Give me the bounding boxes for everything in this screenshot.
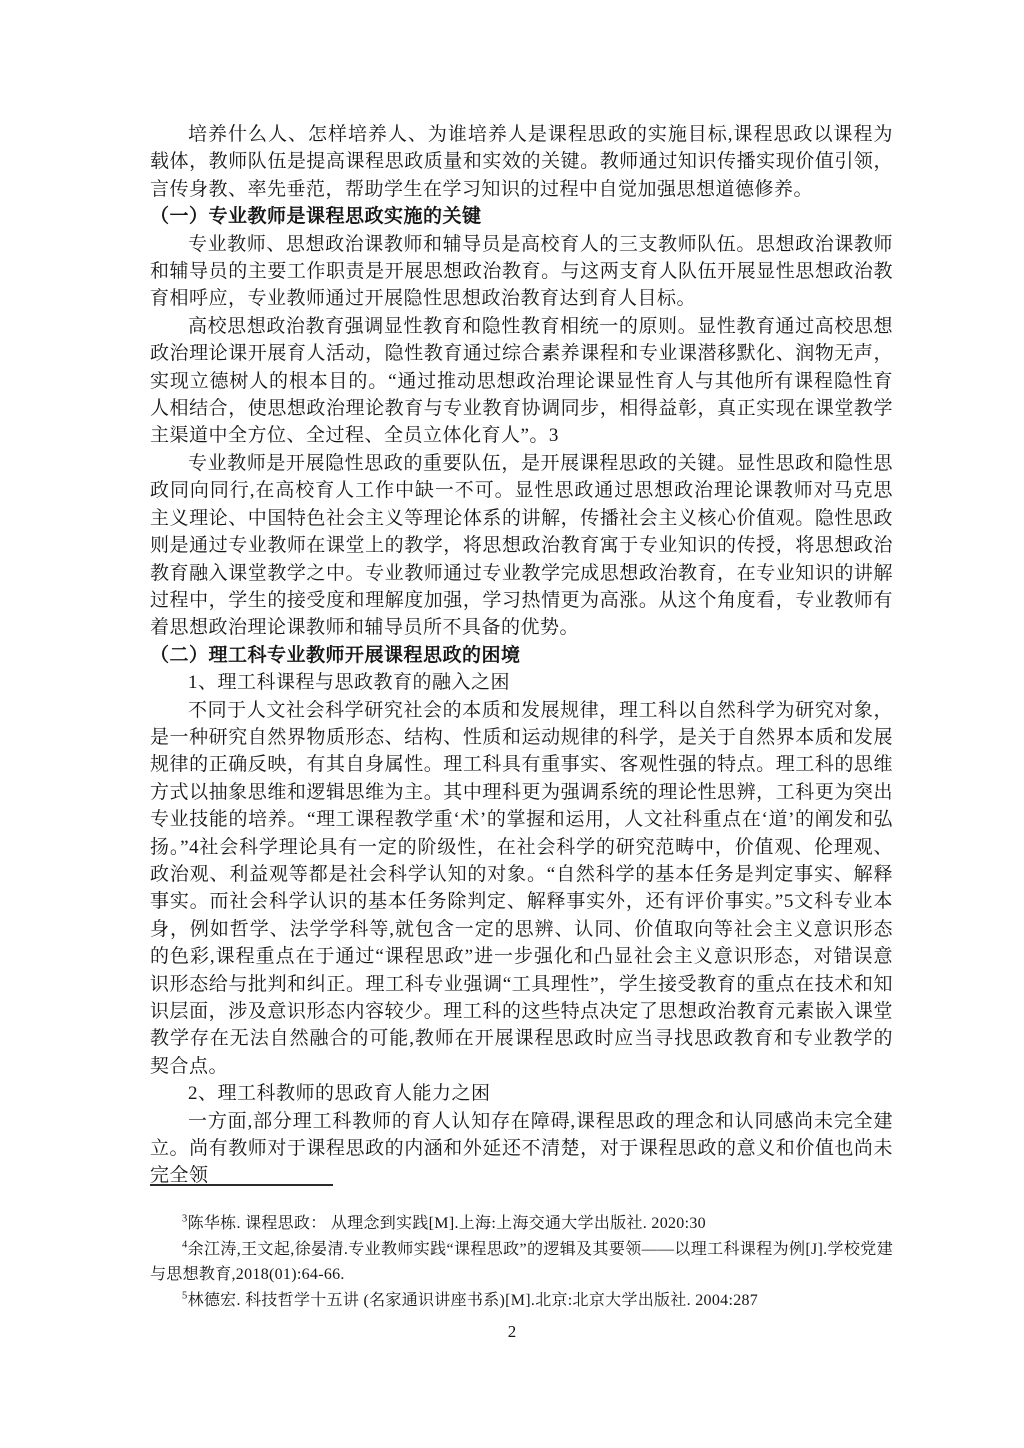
section-heading: （一）专业教师是课程思政实施的关键: [150, 203, 893, 230]
footnote-marker: 5: [182, 1290, 188, 1301]
section-heading: （二）理工科专业教师开展课程思政的困境: [150, 642, 893, 669]
paragraph: 培养什么人、怎样培养人、为谁培养人是课程思政的实施目标,课程思政以课程为载体，教…: [150, 121, 893, 203]
document-body: 培养什么人、怎样培养人、为谁培养人是课程思政的实施目标,课程思政以课程为载体，教…: [150, 121, 893, 1190]
footnote-marker: 3: [182, 1214, 188, 1225]
footnote: 5林德宏. 科技哲学十五讲 (名家通识讲座书系)[M].北京:北京大学出版社. …: [150, 1288, 893, 1314]
document-page: 培养什么人、怎样培养人、为谁培养人是课程思政的实施目标,课程思政以课程为载体，教…: [0, 0, 1024, 1448]
paragraph: 高校思想政治教育强调显性教育和隐性教育相统一的原则。显性教育通过高校思想政治理论…: [150, 313, 893, 450]
footnote: 4余江涛,王文起,徐晏清.专业教师实践“课程思政”的逻辑及其要领——以理工科课程…: [150, 1237, 893, 1288]
footnote-list: 3陈华栋. 课程思政： 从理念到实践[M].上海:上海交通大学出版社. 2020…: [150, 1211, 893, 1313]
paragraph: 一方面,部分理工科教师的育人认知存在障碍,课程思政的理念和认同感尚未完全建立。尚…: [150, 1108, 893, 1190]
page-number: 2: [0, 1322, 1024, 1342]
paragraph: 专业教师是开展隐性思政的重要队伍，是开展课程思政的关键。显性思政和隐性思政同向同…: [150, 450, 893, 642]
sub-heading: 2、理工科教师的思政育人能力之困: [150, 1080, 893, 1107]
footnote-divider-line: [150, 1184, 333, 1186]
paragraph: 不同于人文社会科学研究社会的本质和发展规律，理工科以自然科学为研究对象，是一种研…: [150, 697, 893, 1081]
paragraph: 专业教师、思想政治课教师和辅导员是高校育人的三支教师队伍。思想政治课教师和辅导员…: [150, 231, 893, 313]
footnote: 3陈华栋. 课程思政： 从理念到实践[M].上海:上海交通大学出版社. 2020…: [150, 1211, 893, 1237]
footnote-section: 3陈华栋. 课程思政： 从理念到实践[M].上海:上海交通大学出版社. 2020…: [150, 1184, 893, 1313]
footnote-marker: 4: [182, 1239, 188, 1250]
sub-heading: 1、理工科课程与思政教育的融入之困: [150, 669, 893, 696]
